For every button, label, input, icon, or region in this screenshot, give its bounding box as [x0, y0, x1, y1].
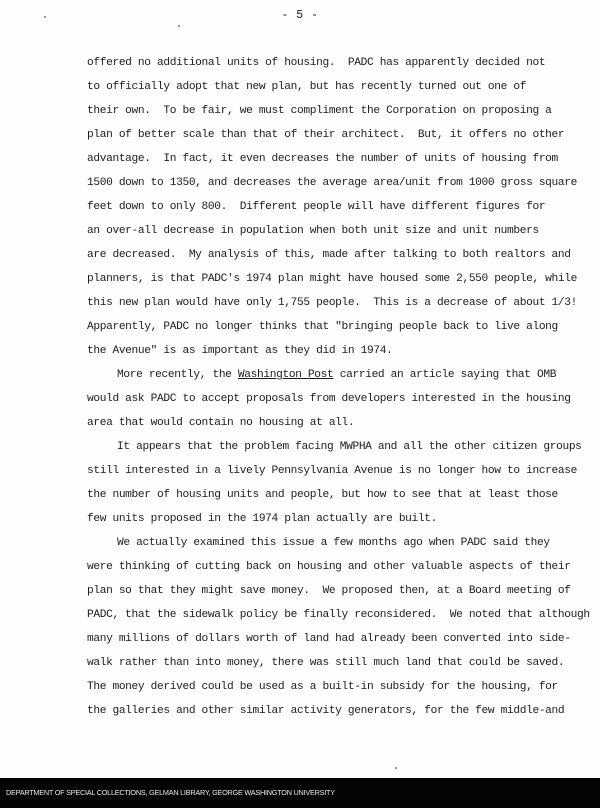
text-line: the Avenue" is as important as they did …	[87, 345, 392, 357]
text-line: were thinking of cutting back on housing…	[87, 561, 571, 573]
text-line: are decreased. My analysis of this, made…	[87, 249, 571, 261]
text-line: feet down to only 800. Different people …	[87, 201, 545, 213]
text-line: their own. To be fair, we must complimen…	[87, 105, 552, 117]
text-line: It appears that the problem facing MWPHA…	[117, 441, 582, 453]
page-number: - 5 -	[0, 9, 600, 22]
scan-speck	[395, 767, 397, 769]
text-line: walk rather than into money, there was s…	[87, 657, 564, 669]
scan-speck	[178, 25, 180, 27]
text-line: many millions of dollars worth of land h…	[87, 633, 571, 645]
text-line: the number of housing units and people, …	[87, 489, 558, 501]
text-line: We actually examined this issue a few mo…	[117, 537, 550, 549]
underlined-title: Washington Post	[238, 369, 333, 381]
archive-footer: DEPARTMENT OF SPECIAL COLLECTIONS, GELMA…	[0, 778, 600, 808]
text-line: advantage. In fact, it even decreases th…	[87, 153, 558, 165]
text-line: offered no additional units of housing. …	[87, 57, 545, 69]
text-line: plan so that they might save money. We p…	[87, 585, 571, 597]
text-line: few units proposed in the 1974 plan actu…	[87, 513, 437, 525]
text-line: plan of better scale than that of their …	[87, 129, 564, 141]
text-line: PADC, that the sidewalk policy be finall…	[87, 609, 590, 621]
text-line: still interested in a lively Pennsylvani…	[87, 465, 577, 477]
document-page: - 5 - offered no additional units of hou…	[0, 0, 600, 778]
archive-credit: DEPARTMENT OF SPECIAL COLLECTIONS, GELMA…	[6, 788, 335, 797]
text-line: 1500 down to 1350, and decreases the ave…	[87, 177, 577, 189]
scan-speck	[44, 16, 46, 18]
text-line: an over-all decrease in population when …	[87, 225, 539, 237]
text-line: More recently, the Washington Post carri…	[117, 369, 556, 381]
text-line: area that would contain no housing at al…	[87, 417, 354, 429]
text-line: The money derived could be used as a bui…	[87, 681, 558, 693]
text-line: Apparently, PADC no longer thinks that "…	[87, 321, 558, 333]
text-line: this new plan would have only 1,755 peop…	[87, 297, 577, 309]
text-line: planners, is that PADC's 1974 plan might…	[87, 273, 577, 285]
text-line: would ask PADC to accept proposals from …	[87, 393, 571, 405]
text-line: to officially adopt that new plan, but h…	[87, 81, 526, 93]
text-segment: carried an article saying that OMB	[333, 369, 556, 381]
text-line: the galleries and other similar activity…	[87, 705, 564, 717]
text-segment: More recently, the	[117, 369, 238, 381]
